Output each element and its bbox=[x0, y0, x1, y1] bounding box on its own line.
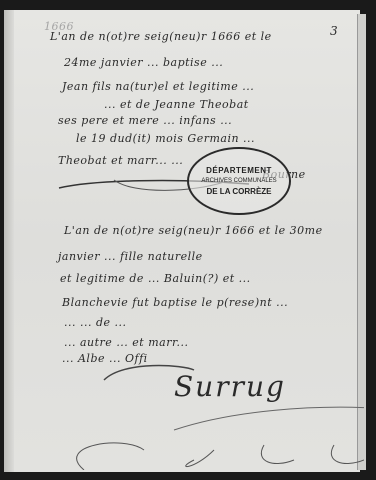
entry2-line: janvier ... fille naturelle bbox=[58, 250, 203, 263]
entry1-line: le 19 dud(it) mois Germain ... bbox=[76, 132, 255, 145]
entry2-line: ... autre ... et marr... bbox=[64, 336, 189, 349]
page-binding bbox=[4, 10, 14, 472]
entry1-line: 24me janvier ... baptise ... bbox=[64, 56, 223, 69]
entry1-line: ... et de Jeanne Theobat bbox=[104, 98, 249, 111]
archives-stamp: DÉPARTEMENT ARCHIVES COMMUNALES DE LA CO… bbox=[187, 147, 291, 215]
entry2-line: Blanchevie fut baptise le p(rese)nt ... bbox=[62, 296, 288, 309]
stamp-middle: ARCHIVES COMMUNALES bbox=[201, 178, 276, 184]
manuscript-page: 1666 3 L'an de n(ot)re seig(neu)r 1666 e… bbox=[4, 10, 360, 472]
entry2-line: L'an de n(ot)re seig(neu)r 1666 et le 30… bbox=[64, 224, 323, 237]
entry1-line: Jean fils na(tur)el et legitime ... bbox=[62, 80, 254, 93]
entry2-line: ... ... de ... bbox=[64, 316, 127, 329]
signature-flourish-icon bbox=[64, 350, 364, 470]
entry1-line: ses pere et mere ... infans ... bbox=[58, 114, 232, 127]
folio-number: 3 bbox=[330, 24, 338, 38]
stamp-top: DÉPARTEMENT bbox=[206, 166, 272, 175]
entry1-line: L'an de n(ot)re seig(neu)r 1666 et le bbox=[50, 30, 272, 43]
stamp-bottom: DE LA CORRÈZE bbox=[206, 187, 271, 196]
entry2-line: et legitime de ... Baluin(?) et ... bbox=[60, 272, 251, 285]
